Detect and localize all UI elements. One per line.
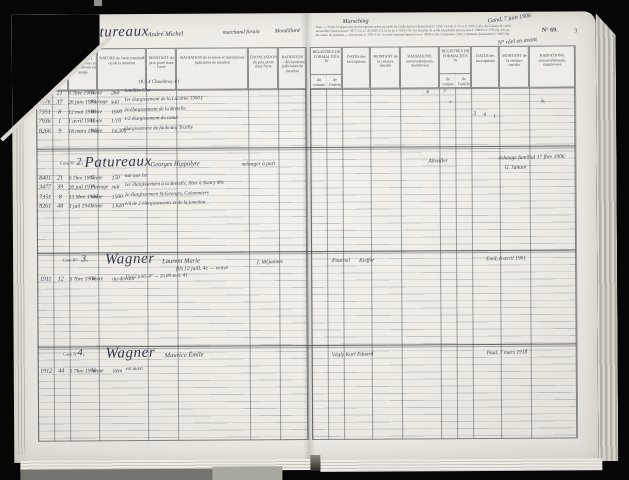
column-header-label: RADIATION — déclarations judiciaires de … [280, 55, 305, 74]
entry-price: suit [112, 185, 120, 191]
left-page-edges [14, 75, 25, 455]
case-surname: Patureaux [84, 153, 152, 172]
column-header: REGISTRES DE FORMALITÉS 2edu volumede l'… [310, 47, 342, 89]
case-annotation: Végly Karl Eduard [332, 351, 374, 358]
entry-nature: Vente [90, 128, 102, 134]
entry-order: 21 [54, 175, 67, 181]
book-fore-edge [596, 13, 619, 461]
page-number: 3 [570, 29, 582, 34]
column-subheader: de l'article [456, 77, 472, 86]
case-surname: Wagner [105, 251, 155, 269]
case-annotation: Mondillard [275, 28, 300, 35]
entry-price: 1600 [111, 109, 122, 115]
column-header: ÉNONCIATION du prix porté dans l'acte [248, 47, 278, 89]
fold-gap-notch [310, 455, 320, 471]
entry-order: 8 [54, 194, 67, 200]
entry-order: 1 [53, 119, 66, 125]
entry-nature: Vente [90, 109, 102, 115]
column-subheader: de l'article [327, 78, 343, 87]
column-header-label: REGISTRES DE FORMALITÉS 2e [312, 50, 341, 64]
column-subheader: du volume [440, 77, 456, 86]
case-firstnames: André Michel [148, 30, 184, 38]
column-header: RADIATIONS, renouvellements, mainlevées [529, 45, 575, 87]
table-outline-right [310, 45, 577, 440]
folio-number: N° 69. [532, 28, 568, 33]
header-sub-rule [440, 73, 470, 74]
case-label: Case N° [61, 258, 79, 263]
entry-order: 12 [54, 276, 67, 282]
ink-mark: x [449, 99, 451, 105]
case-annotation: Kieffer [359, 258, 374, 264]
case-number: 2. [76, 156, 84, 167]
column-header-label: MONTANT de la créance inscrite [501, 54, 528, 68]
ink-mark: 7 [443, 89, 446, 95]
column-header-label: NATURE de l'acte translatif ou de la men… [99, 56, 145, 65]
entry-nature: Vente [91, 203, 103, 209]
case-annotation: Fournel [332, 258, 350, 264]
column-header-label: RADIATION de la saisie et inscriptions j… [178, 55, 247, 65]
entry-order: 44 [55, 368, 68, 374]
entry-volume: 7936 [36, 119, 53, 125]
case-label: Case N° [58, 161, 76, 166]
column-header-label: DATES des inscriptions [473, 54, 498, 63]
entry-nature: Vente [91, 194, 103, 200]
case-firstnames: Georges Hippolyte [150, 160, 199, 168]
entry-date: 3 juil 1943 [69, 203, 93, 210]
column-header: RADIATION — déclarations judiciaires de … [278, 47, 306, 89]
column-header-label: DATES des inscriptions [344, 55, 369, 64]
entry-order: 8 [53, 109, 66, 115]
ink-mark: 4 [483, 112, 486, 118]
case-annotation: Altwiller [428, 158, 447, 164]
case-annotation: f. Méjannes [257, 259, 283, 266]
entry-nature: Partage [91, 185, 109, 191]
case-annotation: Emil, 6 avril 1901 [486, 255, 526, 262]
column-subheader: du volume [311, 78, 327, 87]
entry-volume: 1911 [37, 276, 54, 282]
column-header-label: MONTANT du prix porté dans l'acte [148, 56, 175, 70]
column-header-label: MONTANT de la créance inscrite [372, 54, 399, 68]
header-sub-rule [311, 74, 341, 75]
entry-order: 9 [53, 128, 66, 134]
entry-price: item [113, 368, 123, 374]
column-header: RADIATIONS, renouvellements, mainlevées [400, 46, 439, 88]
column-header: DATES des inscriptions [342, 47, 370, 89]
entry-price: 260 [111, 90, 119, 96]
entry-price: 1/10 [111, 118, 121, 124]
column-header: DATES des inscriptions [471, 46, 499, 88]
entry-order: 48 [54, 204, 67, 210]
nota-paragraph: Nota. — Porter à l'appui sous les inscri… [316, 24, 568, 37]
ink-mark: h. [541, 99, 545, 105]
entry-nature: Vente [90, 90, 102, 96]
entry-nature: Vente [91, 175, 103, 181]
column-header: RADIATION de la saisie et inscriptions j… [176, 47, 248, 89]
entry-volume: 8266 [36, 128, 53, 134]
bottom-page-stack-right [320, 458, 602, 472]
register-page: Marsching Nota. — Porter à l'appui sous … [12, 11, 599, 463]
case-firstnames: Maurice Émile [165, 351, 204, 359]
binding-cloth-patch [212, 466, 282, 480]
ink-mark: 18.7.4 Chambray 4 f [138, 80, 179, 85]
case-number: 4. [78, 347, 86, 358]
ink-mark: 4 [426, 89, 429, 95]
case-annotation: Paul, 7 mars 1918 [487, 349, 528, 356]
entry-price: 1500 [112, 194, 123, 200]
entry-volume: 8401 [37, 175, 54, 181]
entry-nature: Vente [92, 368, 104, 374]
entry-price: 1.610 [112, 203, 125, 209]
case-surname: Wagner [105, 345, 155, 363]
column-header-label: REGISTRES DE FORMALITÉS 3e [441, 49, 470, 63]
ink-mark: 3 [473, 111, 476, 117]
case-annotation: ménager à part [241, 161, 275, 168]
case-number: 3. [81, 253, 89, 264]
entry-volume: 1912 [38, 368, 55, 374]
page-tab-mark [94, 0, 102, 6]
case-annotation: fils 12 juill. 4e — veuve [176, 265, 228, 272]
entry-price: suit [111, 100, 119, 106]
column-header-label: RADIATIONS, renouvellements, mainlevées [402, 54, 438, 68]
entry-nature: Vente [90, 118, 102, 124]
column-header-label: ÉNONCIATION du prix porté dans l'acte [250, 55, 277, 69]
open-register-book: Marsching Nota. — Porter à l'appui sous … [12, 7, 621, 479]
entry-price: 150 [112, 175, 120, 181]
entry-order: 39 [54, 185, 67, 191]
column-header-label: RADIATIONS, renouvellements, mainlevées [531, 53, 574, 67]
column-header: MONTANT de la créance inscrite [499, 46, 529, 88]
column-header: MONTANT de la créance inscrite [370, 46, 400, 88]
scanned-register-photo: Marsching Nota. — Porter à l'appui sous … [0, 0, 629, 480]
entry-volume: 8261 [37, 204, 54, 210]
entry-volume: 7351 [36, 109, 53, 115]
case-firstnames: Laurent Marie [162, 257, 200, 265]
case-annotation: G. Januot [504, 165, 526, 172]
entry-volume: 7351 [37, 194, 54, 200]
entry-nature: Partage [90, 100, 108, 106]
column-header: REGISTRES DE FORMALITÉS 3edu volumede l'… [439, 46, 471, 88]
entry-order: 37 [53, 100, 66, 106]
entry-nature: Vente [91, 276, 103, 282]
case-annotation: marchand forain [223, 29, 260, 36]
ink-mark: 1 [493, 114, 496, 120]
entry-volume: 3477 [37, 185, 54, 191]
